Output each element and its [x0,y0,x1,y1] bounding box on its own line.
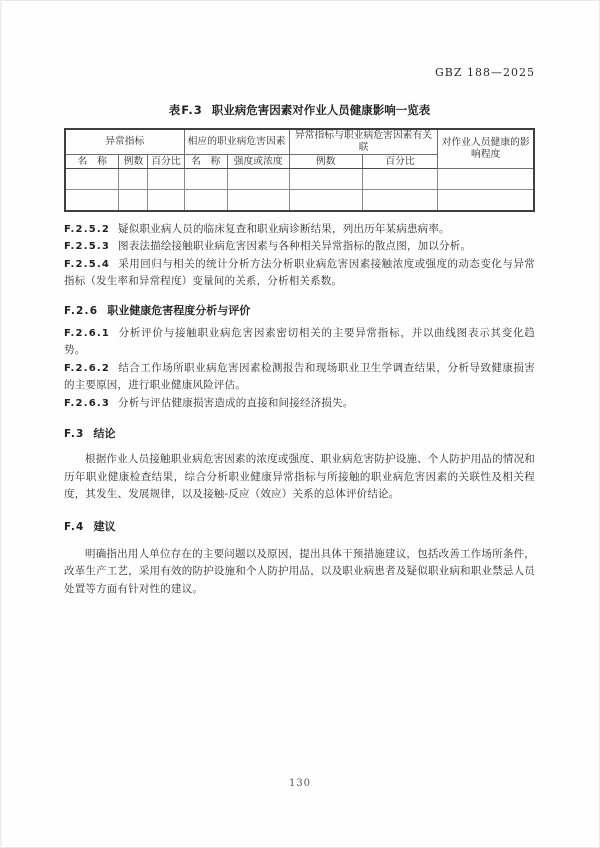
clause-number: F.2.5.2 [64,224,110,235]
table-title-text: 职业病危害因素对作业人员健康影响一览表 [212,103,431,117]
group-header-hazard-factors: 相应的职业病危害因素 [184,129,289,155]
empty-cell [227,169,289,190]
clause-text: 疑似职业病人员的临床复查和职业病诊断结果，列出历年某病患病率。 [118,223,450,235]
table-f3: 异常指标 相应的职业病危害因素 异常指标与职业病危害因素有关联 对作业人员健康的… [64,128,535,212]
group-header-abnormal-indicators: 异常指标 [65,129,184,155]
clause-text: 结合工作场所职业病危害因素检测报告和现场职业卫生学调查结果，分析导致健康损害的主… [64,362,535,392]
empty-cell [148,169,184,190]
section-title: 职业健康危害程度分析与评价 [107,304,250,317]
clause-number: F.2.6.3 [64,398,110,409]
clause-text: 分析评价与接触职业病危害因素密切相关的主要异常指标，并以曲线图表示其变化趋势。 [64,327,535,357]
clause-f254: F.2.5.4采用回归与相关的统计分析方法分析职业病危害因素接触浓度或强度的动态… [64,256,535,291]
clauses-block: F.2.5.2疑似职业病人员的临床复查和职业病诊断结果，列出历年某病患病率。 F… [64,221,535,599]
clause-number: F.2.6.1 [64,328,110,339]
empty-cell [184,190,227,211]
paragraph-f4: 明确指出用人单位存在的主要问题以及原因，提出具体干预措施建议，包括改善工作场所条… [64,546,535,599]
empty-cell [184,169,227,190]
section-title: 结论 [94,427,116,440]
sub-header-name-2: 名 称 [184,155,227,169]
page-content: GBZ 188—2025 表F.3职业病危害因素对作业人员健康影响一览表 异常指… [64,66,535,598]
sub-header-name-1: 名 称 [65,155,119,169]
empty-cell [438,169,534,190]
table-row [65,169,534,190]
empty-cell [65,169,119,190]
section-number: F.3 [64,428,85,440]
paragraph-f3: 根据作业人员接触职业病危害因素的浓度或强度、职业病危害防护设施、个人防护用品的情… [64,451,535,504]
group-header-health-impact: 对作业人员健康的影响程度 [438,129,534,169]
empty-cell [119,190,148,211]
clause-f262: F.2.6.2结合工作场所职业病危害因素检测报告和现场职业卫生学调查结果，分析导… [64,360,535,395]
empty-cell [289,169,362,190]
clause-f253: F.2.5.3图表法描绘接触职业病危害因素与各种相关异常指标的散点图，加以分析。 [64,238,535,256]
sub-header-percent-1: 百分比 [148,155,184,169]
empty-cell [362,190,438,211]
table-label: 表F.3 [169,103,203,117]
group-header-correlation: 异常指标与职业病危害因素有关联 [289,129,438,155]
clause-f263: F.2.6.3分析与评估健康损害造成的直接和间接经济损失。 [64,395,535,413]
clause-number: F.2.5.4 [64,259,110,270]
section-heading-f3: F.3结论 [64,425,535,441]
table-group-header-row: 异常指标 相应的职业病危害因素 异常指标与职业病危害因素有关联 对作业人员健康的… [65,129,534,155]
section-title: 建议 [94,520,116,533]
sub-header-cases-2: 例数 [289,155,362,169]
section-heading-f4: F.4建议 [64,518,535,534]
empty-cell [438,190,534,211]
document-page: GBZ 188—2025 表F.3职业病危害因素对作业人员健康影响一览表 异常指… [0,0,600,848]
table-row [65,190,534,211]
section-number: F.4 [64,521,85,533]
empty-cell [227,190,289,211]
clause-text: 图表法描绘接触职业病危害因素与各种相关异常指标的散点图，加以分析。 [118,240,471,252]
empty-cell [362,169,438,190]
sub-header-cases-1: 例数 [119,155,148,169]
sub-header-percent-2: 百分比 [362,155,438,169]
clause-f261: F.2.6.1分析评价与接触职业病危害因素密切相关的主要异常指标，并以曲线图表示… [64,325,535,360]
clause-f252: F.2.5.2疑似职业病人员的临床复查和职业病诊断结果，列出历年某病患病率。 [64,221,535,239]
section-number: F.2.6 [64,305,98,317]
empty-cell [119,169,148,190]
clause-number: F.2.6.2 [64,363,110,374]
page-number: 130 [0,778,600,789]
standard-code: GBZ 188—2025 [64,66,535,79]
empty-cell [148,190,184,211]
clause-text: 分析与评估健康损害造成的直接和间接经济损失。 [118,397,353,409]
clause-text: 采用回归与相关的统计分析方法分析职业病危害因素接触浓度或强度的动态变化与异常指标… [64,258,535,288]
empty-cell [289,190,362,211]
table-title: 表F.3职业病危害因素对作业人员健康影响一览表 [64,102,535,118]
sub-header-intensity: 强度或浓度 [227,155,289,169]
clause-number: F.2.5.3 [64,241,110,252]
empty-cell [65,190,119,211]
section-heading-f26: F.2.6职业健康危害程度分析与评价 [64,302,535,318]
